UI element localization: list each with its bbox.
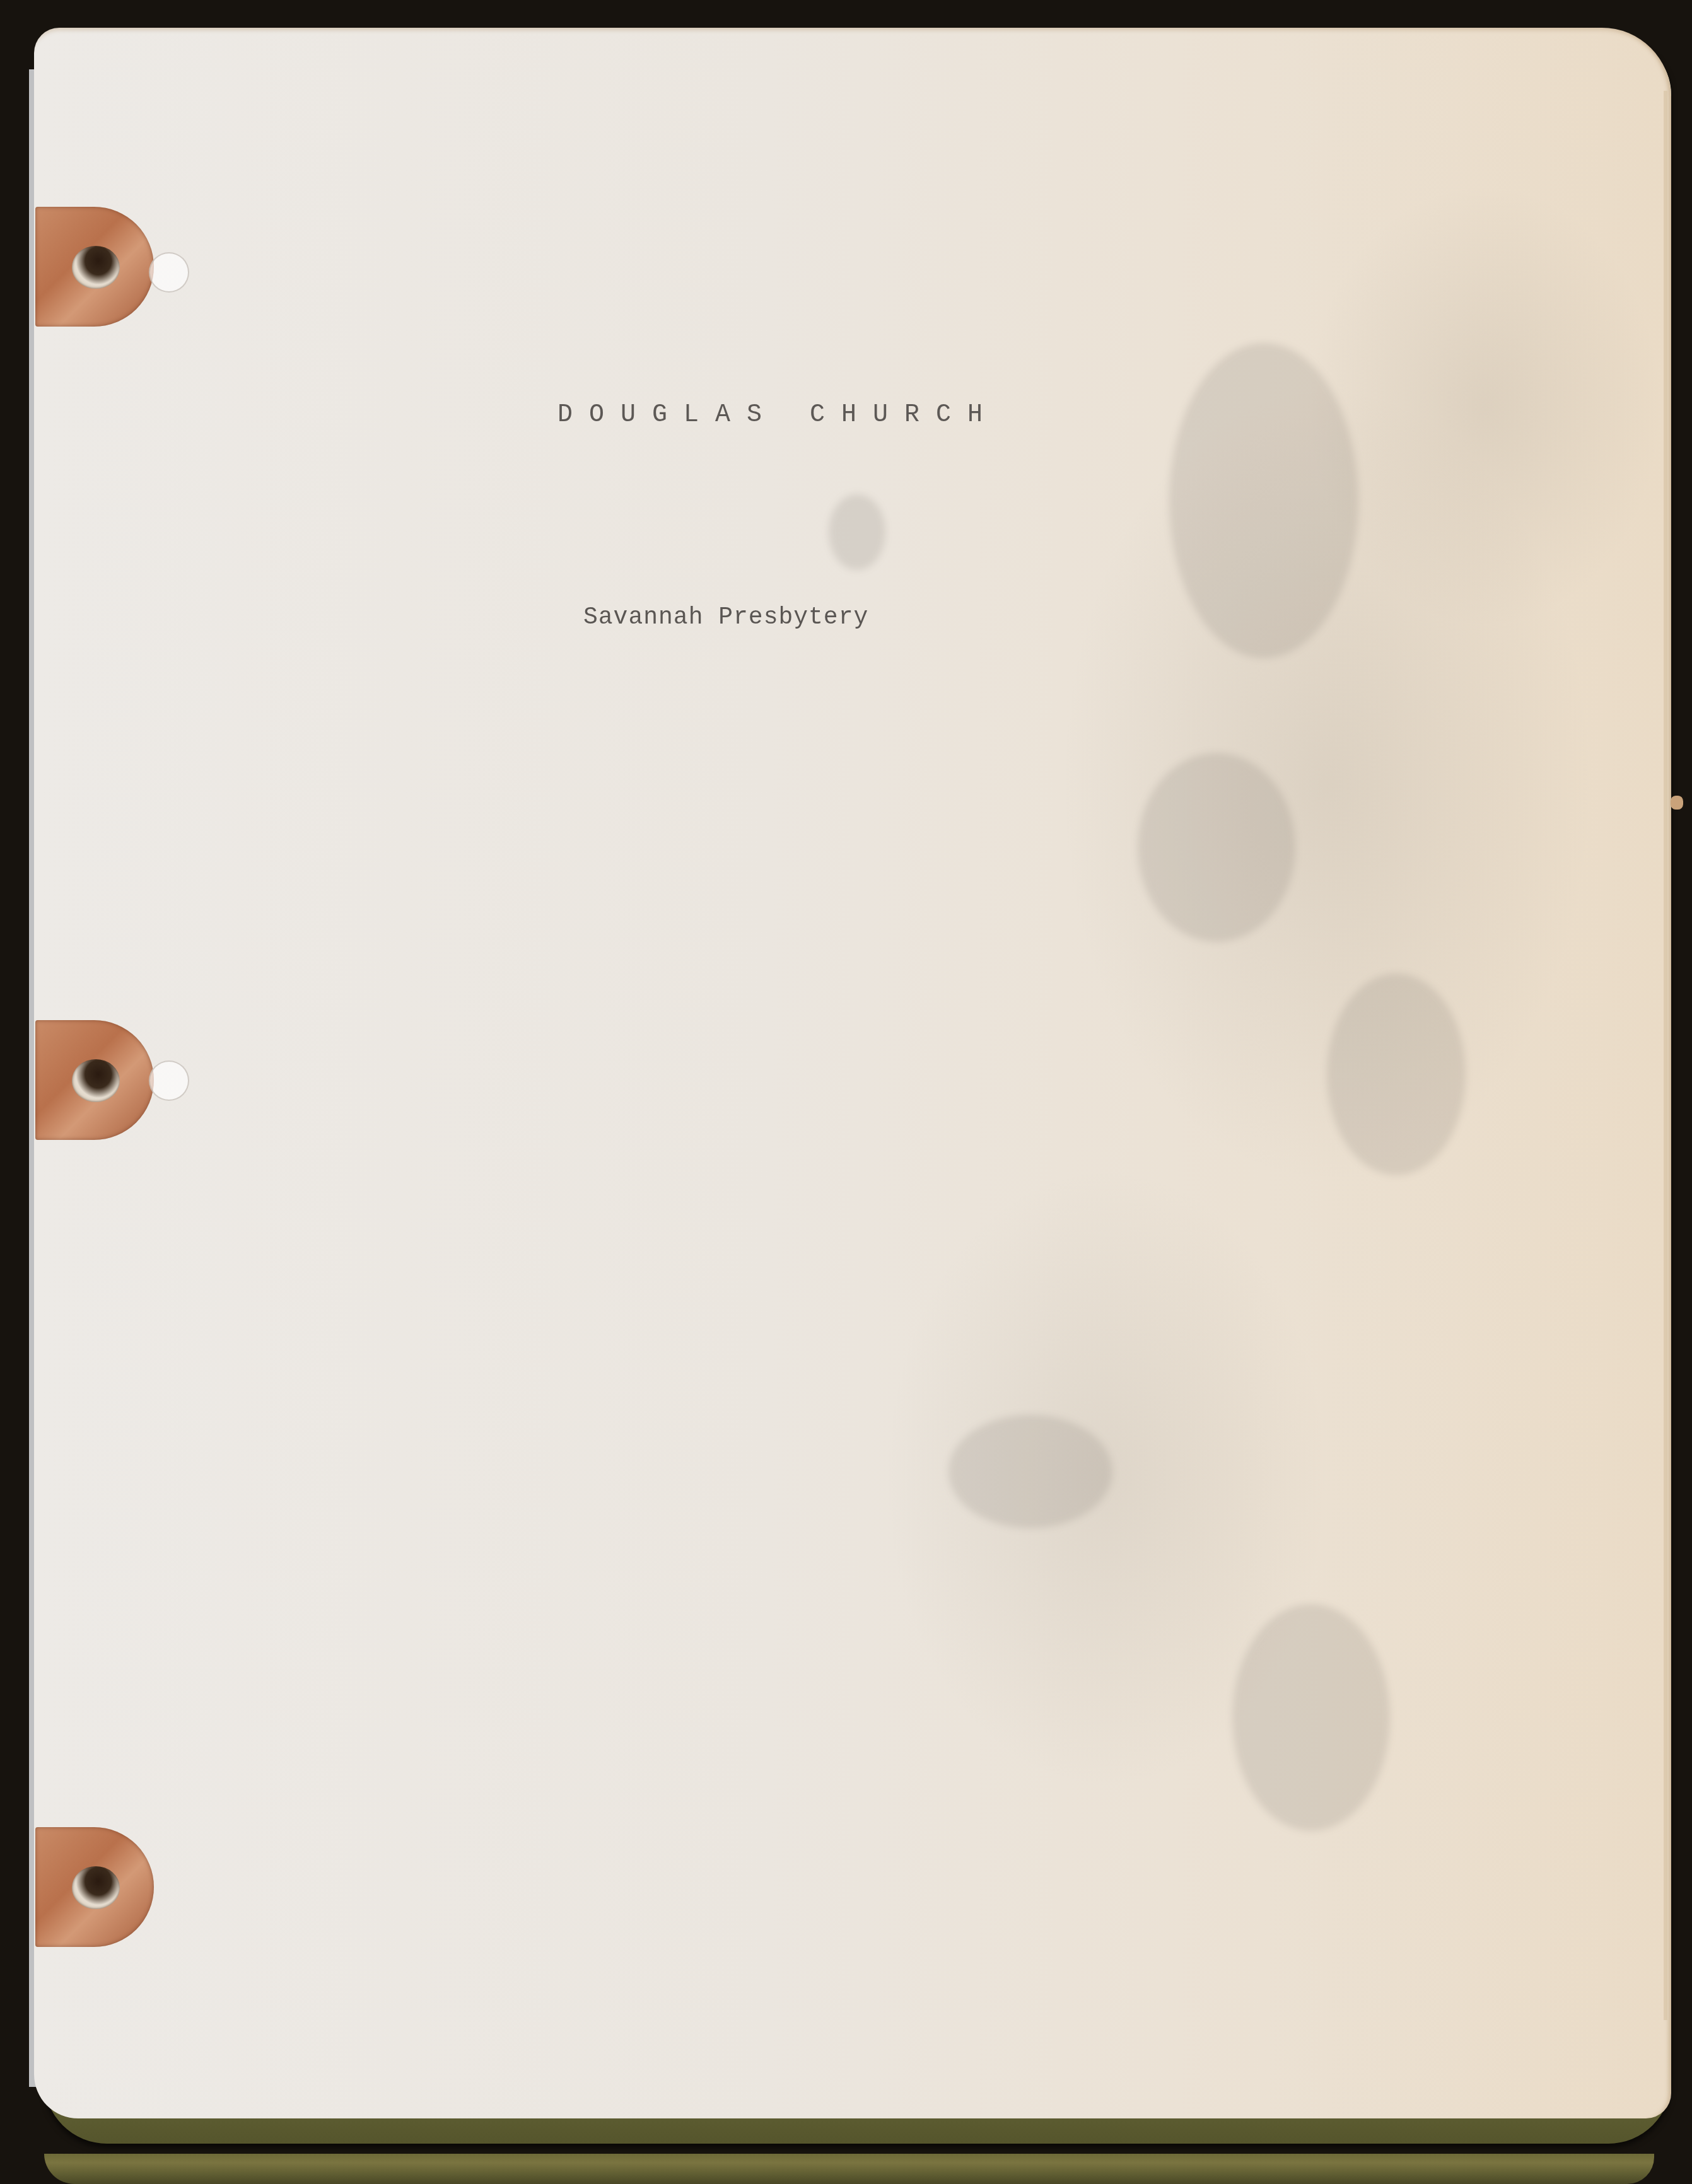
copper-grommet-icon [35,1020,154,1140]
page-edge-bottom [44,2154,1654,2184]
punch-hole [72,246,120,289]
smudge [948,1415,1112,1528]
paper-tear [149,1060,189,1101]
smudge [829,494,885,570]
punch-hole [72,1059,120,1102]
smudge [1327,973,1466,1175]
document-title: DOUGLAS CHURCH [557,401,999,429]
document-subtitle: Savannah Presbytery [583,604,868,631]
copper-grommet-icon [35,207,154,327]
punch-hole [72,1866,120,1909]
smudge [1138,753,1295,942]
smudge [1232,1604,1390,1831]
smudge [1169,343,1358,658]
copper-grommet-icon [35,1827,154,1947]
paper-tear [149,252,189,293]
page-tab [1671,796,1683,810]
sheet-edge [1664,91,1667,2020]
cover-sheet [34,28,1671,2118]
